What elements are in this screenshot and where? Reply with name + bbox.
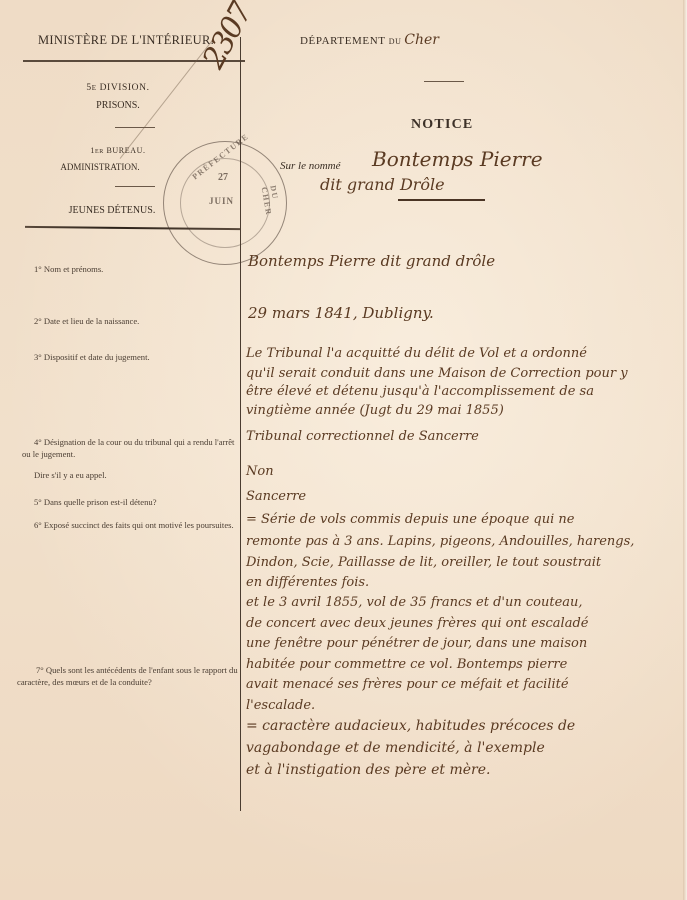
field-value-character-line: et à l'instigation des père et mère. (246, 759, 490, 782)
department-value: Cher (404, 32, 439, 48)
subject-label: Sur le nommé (280, 160, 341, 172)
field-value-character-line: vagabondage et de mendicité, à l'exemple (246, 737, 545, 760)
stamp-month: JUIN (209, 196, 234, 206)
field-label-appeal: Dire s'il y a eu appel. (34, 469, 256, 481)
divider (424, 81, 464, 82)
field-value-facts-line: = Série de vols commis depuis une époque… (246, 508, 574, 531)
field-value-facts-line: et le 3 avril 1855, vol de 35 francs et … (246, 591, 583, 614)
field-value-court: Tribunal correctionnel de Sancerre (246, 425, 479, 448)
stamp-day: 27 (218, 172, 228, 183)
divider (115, 127, 155, 128)
field-value-character-line: = caractère audacieux, habitudes précoce… (246, 715, 575, 738)
field-value-facts-line: remonte pas à 3 ans. Lapins, pigeons, An… (246, 530, 634, 553)
subject-name: Bontemps Pierre (372, 148, 543, 171)
page-title: NOTICE (411, 117, 473, 133)
name-underline (398, 199, 485, 201)
field-label-prison: 5° Dans quelle prison est-il détenu? (34, 496, 256, 508)
field-value-appeal: Non (246, 460, 274, 483)
paper-edge (683, 0, 687, 900)
field-label-birth: 2° Date et lieu de la naissance. (34, 315, 256, 327)
field-value-name: Bontemps Pierre dit grand drôle (248, 250, 495, 273)
field-value-facts-line: avait menacé ses frères pour ce méfait e… (246, 673, 569, 696)
section-label: JEUNES DÉTENUS. (42, 205, 182, 216)
division-sub-label: PRISONS. (48, 100, 188, 111)
department-line: DÉPARTEMENT du Cher (300, 32, 439, 48)
field-value-judgment-line: vingtième année (Jugt du 29 mai 1855) (246, 399, 504, 422)
division-label: 5e DIVISION. (48, 83, 188, 93)
field-value-facts-line: une fenêtre pour pénétrer de jour, dans … (246, 632, 587, 655)
field-label-judgment: 3° Dispositif et date du jugement. (34, 351, 256, 363)
field-label-facts: 6° Exposé succinct des faits qui ont mot… (14, 519, 236, 531)
ministry-heading: MINISTÈRE DE L'INTÉRIEUR. (38, 33, 214, 48)
stamp-ring-text: DU CHER (260, 185, 283, 218)
subject-alias: dit grand Drôle (320, 173, 445, 196)
field-value-birth: 29 mars 1841, Dubligny. (248, 302, 434, 325)
field-label-name: 1° Nom et prénoms. (34, 263, 256, 275)
bureau-label: 1er BUREAU. (48, 146, 188, 155)
field-value-prison: Sancerre (246, 485, 306, 508)
bureau-sub-label: ADMINISTRATION. (30, 162, 170, 172)
column-divider (240, 37, 241, 811)
field-label-character: 7° Quels sont les antécédents de l'enfan… (17, 664, 239, 688)
field-value-facts-line: l'escalade. (246, 694, 315, 717)
prefecture-stamp: PRÉFECTURE DU CHER 27 JUIN (163, 141, 287, 265)
field-label-court: 4° Désignation de la cour ou du tribunal… (22, 436, 244, 460)
department-label: DÉPARTEMENT du (300, 35, 402, 47)
divider (115, 186, 155, 187)
